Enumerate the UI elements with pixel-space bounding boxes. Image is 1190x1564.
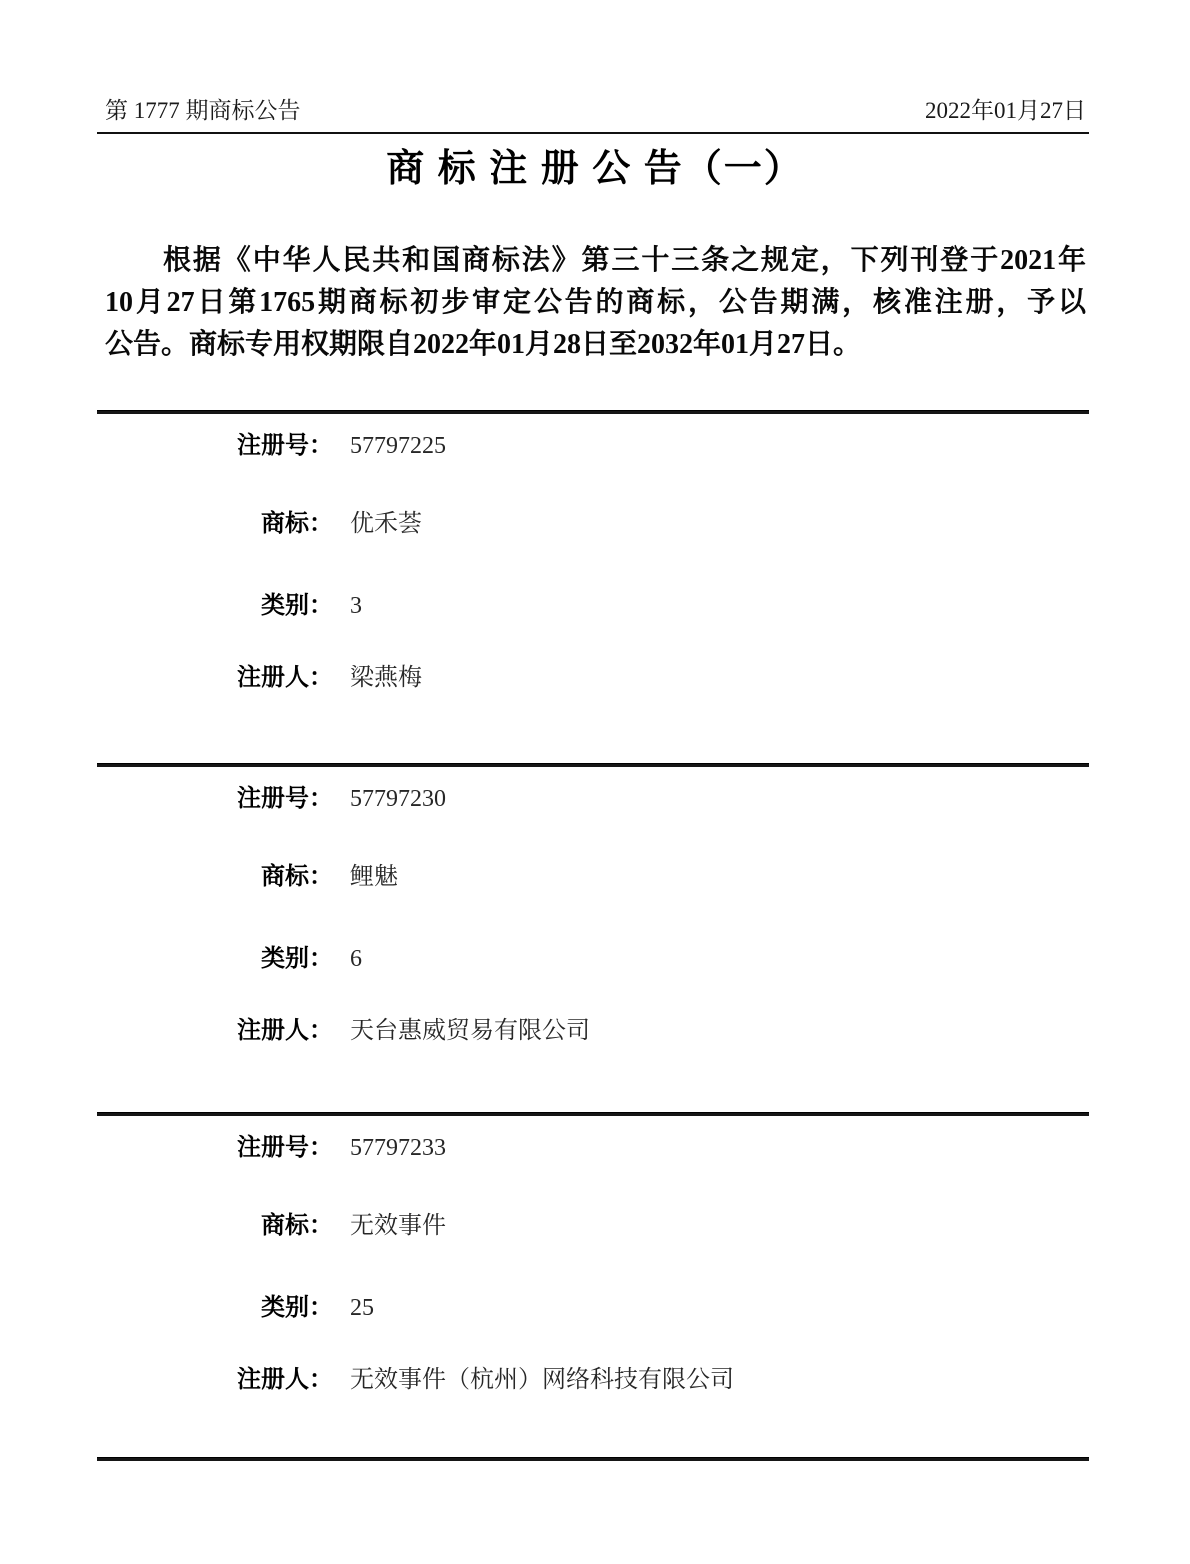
- gazette-page: 第 1777 期商标公告 2022年01月27日 商 标 注 册 公 告（一） …: [0, 0, 1190, 1564]
- class-value: 25: [350, 1292, 1085, 1324]
- class-row: 类别： 25: [0, 1292, 1190, 1324]
- intro-line-2: 10月27日第1765期商标初步审定公告的商标，公告期满，核准注册，予以: [105, 282, 1086, 324]
- reg-no-value: 57797225: [350, 430, 1085, 462]
- trademark-row: 商标： 优禾荟: [0, 508, 1190, 540]
- registrant-value: 无效事件（杭州）网络科技有限公司: [350, 1364, 1085, 1396]
- intro-line-3: 公告。商标专用权期限自2022年01月28日至2032年01月27日。: [105, 324, 1086, 366]
- reg-no-label: 注册号：: [105, 783, 333, 815]
- class-label: 类别：: [105, 943, 333, 975]
- registrant-row: 注册人： 无效事件（杭州）网络科技有限公司: [0, 1364, 1190, 1396]
- class-label: 类别：: [105, 590, 333, 622]
- registrant-row: 注册人： 天台惠威贸易有限公司: [0, 1015, 1190, 1047]
- header-issue-text: 第 1777 期商标公告: [105, 96, 301, 126]
- reg-no-value: 57797233: [350, 1132, 1085, 1164]
- class-row: 类别： 3: [0, 590, 1190, 622]
- reg-no-row: 注册号： 57797230: [0, 783, 1190, 815]
- trademark-value: 无效事件: [350, 1210, 1085, 1242]
- registrant-label: 注册人：: [105, 1364, 333, 1396]
- reg-no-row: 注册号： 57797233: [0, 1132, 1190, 1164]
- reg-no-value: 57797230: [350, 783, 1085, 815]
- trademark-entry: 注册号： 57797233 商标： 无效事件 类别： 25 注册人： 无效事件（…: [0, 1112, 1190, 1452]
- registrant-row: 注册人： 梁燕梅: [0, 662, 1190, 694]
- registrant-label: 注册人：: [105, 662, 333, 694]
- page-title: 商 标 注 册 公 告（一）: [0, 144, 1190, 194]
- class-value: 6: [350, 943, 1085, 975]
- class-row: 类别： 6: [0, 943, 1190, 975]
- reg-no-label: 注册号：: [105, 1132, 333, 1164]
- trademark-label: 商标：: [105, 861, 333, 893]
- trademark-row: 商标： 鲤魅: [0, 861, 1190, 893]
- header-divider: [97, 132, 1089, 134]
- trademark-label: 商标：: [105, 508, 333, 540]
- trademark-value: 优禾荟: [350, 508, 1085, 540]
- trademark-entry: 注册号： 57797225 商标： 优禾荟 类别： 3 注册人： 梁燕梅: [0, 410, 1190, 750]
- registrant-label: 注册人：: [105, 1015, 333, 1047]
- class-label: 类别：: [105, 1292, 333, 1324]
- reg-no-row: 注册号： 57797225: [0, 430, 1190, 462]
- intro-paragraph: 根据《中华人民共和国商标法》第三十三条之规定，下列刊登于2021年 10月27日…: [105, 240, 1086, 366]
- registrant-value: 梁燕梅: [350, 662, 1085, 694]
- trademark-entry: 注册号： 57797230 商标： 鲤魅 类别： 6 注册人： 天台惠威贸易有限…: [0, 763, 1190, 1103]
- bottom-divider: [97, 1457, 1089, 1461]
- registrant-value: 天台惠威贸易有限公司: [350, 1015, 1085, 1047]
- trademark-value: 鲤魅: [350, 861, 1085, 893]
- trademark-row: 商标： 无效事件: [0, 1210, 1190, 1242]
- class-value: 3: [350, 590, 1085, 622]
- trademark-label: 商标：: [105, 1210, 333, 1242]
- intro-line-1: 根据《中华人民共和国商标法》第三十三条之规定，下列刊登于2021年: [105, 240, 1086, 282]
- header-date-text: 2022年01月27日: [925, 96, 1086, 126]
- reg-no-label: 注册号：: [105, 430, 333, 462]
